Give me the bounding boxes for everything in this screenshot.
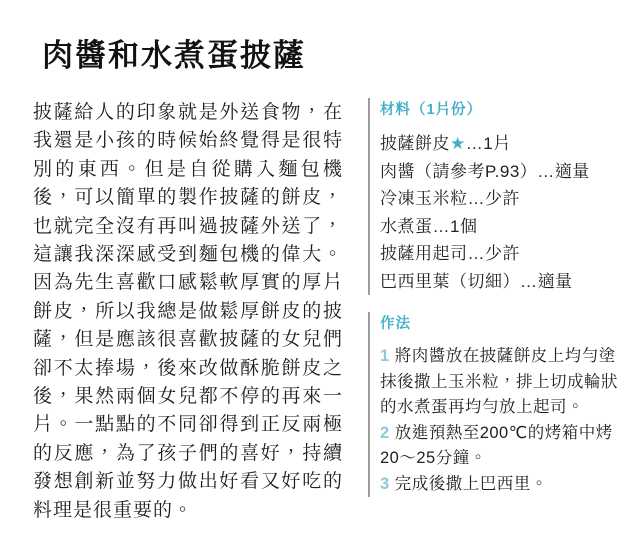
ingredient-item: 披薩用起司…少許 bbox=[380, 240, 618, 268]
ingredient-name: 巴西里葉（切細） bbox=[380, 272, 520, 291]
ingredients-list: 披薩餅皮★…1片 肉醬（請參考P.93）…適量 冷凍玉米粒…少許 水煮蛋…1個 … bbox=[380, 130, 618, 295]
ingredients-heading: 材料（1片份） bbox=[380, 98, 618, 119]
ingredient-item: 披薩餅皮★…1片 bbox=[380, 130, 618, 158]
ingredient-name: 披薩用起司 bbox=[380, 244, 468, 263]
ingredient-amount: …1個 bbox=[433, 217, 478, 236]
ingredient-item: 巴西里葉（切細）…適量 bbox=[380, 268, 618, 296]
step-item: 1將肉醬放在披薩餅皮上均勻塗抹後撒上玉米粒，排上切成輪狀的水煮蛋再均勻放上起司。 bbox=[380, 344, 618, 421]
intro-paragraph: 披薩給人的印象就是外送食物，在我還是小孩的時候始終覺得是很特別的東西。但是自從購… bbox=[33, 99, 343, 525]
instructions-section: 作法 1將肉醬放在披薩餅皮上均勻塗抹後撒上玉米粒，排上切成輪狀的水煮蛋再均勻放上… bbox=[368, 312, 618, 497]
ingredients-section: 材料（1片份） 披薩餅皮★…1片 肉醬（請參考P.93）…適量 冷凍玉米粒…少許… bbox=[368, 98, 618, 295]
step-number: 2 bbox=[380, 424, 390, 442]
step-number: 1 bbox=[380, 347, 390, 365]
ingredient-name: 冷凍玉米粒 bbox=[380, 189, 468, 208]
step-text: 放進預熱至200℃的烤箱中烤20～25分鐘。 bbox=[380, 424, 613, 468]
ingredient-name: 披薩餅皮 bbox=[380, 134, 450, 153]
ingredient-name: 肉醬（請參考P.93） bbox=[380, 162, 537, 181]
ingredient-item: 水煮蛋…1個 bbox=[380, 213, 618, 241]
step-item: 2放進預熱至200℃的烤箱中烤20～25分鐘。 bbox=[380, 421, 618, 472]
ingredient-amount: …1片 bbox=[466, 134, 511, 153]
step-item: 3完成後撒上巴西里。 bbox=[380, 472, 618, 498]
star-icon: ★ bbox=[450, 134, 466, 153]
step-number: 3 bbox=[380, 475, 390, 493]
ingredient-amount: …少許 bbox=[468, 189, 521, 208]
page-title: 肉醬和水煮蛋披薩 bbox=[42, 30, 306, 75]
ingredient-amount: …少許 bbox=[468, 244, 521, 263]
step-text: 將肉醬放在披薩餅皮上均勻塗抹後撒上玉米粒，排上切成輪狀的水煮蛋再均勻放上起司。 bbox=[380, 347, 618, 416]
step-text: 完成後撒上巴西里。 bbox=[395, 475, 548, 493]
ingredient-item: 冷凍玉米粒…少許 bbox=[380, 185, 618, 213]
instructions-heading: 作法 bbox=[380, 312, 618, 333]
ingredient-amount: …適量 bbox=[537, 162, 590, 181]
ingredient-amount: …適量 bbox=[520, 272, 573, 291]
recipe-sidebar: 材料（1片份） 披薩餅皮★…1片 肉醬（請參考P.93）…適量 冷凍玉米粒…少許… bbox=[368, 98, 618, 497]
ingredient-item: 肉醬（請參考P.93）…適量 bbox=[380, 158, 618, 186]
steps-list: 1將肉醬放在披薩餅皮上均勻塗抹後撒上玉米粒，排上切成輪狀的水煮蛋再均勻放上起司。… bbox=[380, 344, 618, 497]
ingredient-name: 水煮蛋 bbox=[380, 217, 433, 236]
recipe-page: 肉醬和水煮蛋披薩 披薩給人的印象就是外送食物，在我還是小孩的時候始終覺得是很特別… bbox=[0, 0, 628, 557]
